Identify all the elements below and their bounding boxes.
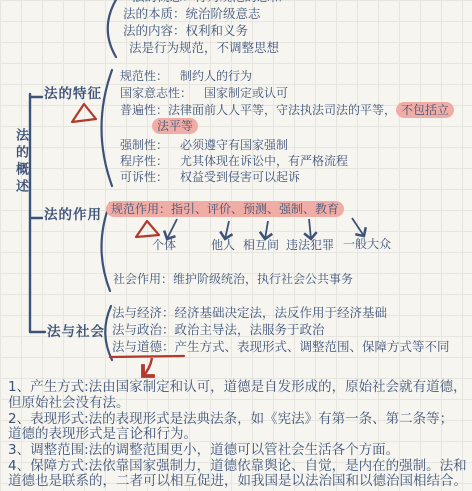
relation-value: 经济基础决定法，法反作用于经济基础 <box>175 305 388 320</box>
feature-label: 可诉性： <box>120 170 168 184</box>
arrow-to-mutual <box>265 221 268 239</box>
brace-top-group <box>108 0 117 57</box>
line-law-norm: 法是行为规范，不调整思想 <box>129 41 279 55</box>
red-arrow-to-notes <box>143 358 152 376</box>
trunk-line <box>30 94 45 332</box>
arrow-to-crime <box>309 219 311 239</box>
feature-normativity: 规范性：制约人的行为 <box>120 70 252 84</box>
relation-label: 法与道德： <box>112 339 175 354</box>
target-individual: 个体 <box>152 239 176 253</box>
feature-label: 普遍性： <box>120 103 168 117</box>
normative-label: 规范作用： <box>111 202 171 216</box>
feature-coercion: 强制性：必须遵守有国家强制 <box>120 139 288 153</box>
line-law-content: 法的内容：权利和义务 <box>123 24 248 38</box>
highlight-legislative-equality: 法平等 <box>152 118 198 134</box>
social-function-line: 社会作用：维护阶级统治，执行社会公共事务 <box>113 273 353 287</box>
line-law-essence: 法的本质：统治阶级意志 <box>123 7 261 21</box>
feature-label: 强制性： <box>120 138 168 152</box>
note-line-4: 道德的表现形式是言论和行为。 <box>8 427 197 443</box>
brace-society <box>105 306 112 360</box>
target-mutual: 相互间 <box>243 239 279 253</box>
relation-law-economy: 法与经济：经济基础决定法，法反作用于经济基础 <box>112 306 387 320</box>
feature-justiciability: 可诉性：权益受到侵害可以起诉 <box>120 171 300 185</box>
feature-universality: 普遍性：法律面前人人平等，守法执法司法的平等，不包括立 <box>120 104 454 118</box>
normative-value: 指引、评价、预测、强制、教育 <box>171 202 339 216</box>
notebook-page: 法的概述 法的概念：行为规范的总和 法的本质：统治阶级意志 法的内容：权利和义务… <box>0 0 472 491</box>
normative-function-line: 规范作用：指引、评价、预测、强制、教育 <box>106 203 344 217</box>
feature-value: 尤其体现在诉讼中，有严格流程 <box>180 154 348 168</box>
red-underline-morality <box>110 356 184 357</box>
red-triangle-features <box>72 104 96 122</box>
feature-value: 国家制定或认可 <box>204 86 288 100</box>
highlight-normative-functions: 规范作用：指引、评价、预测、强制、教育 <box>106 201 344 217</box>
feature-value: 法律面前人人平等，守法执法司法的平等， <box>168 103 396 117</box>
red-triangle-normative <box>136 221 159 237</box>
feature-state-will: 国家意志性：国家制定或认可 <box>120 87 288 101</box>
feature-label: 国家意志性： <box>120 86 192 100</box>
feature-universality-wrap: 法平等 <box>152 120 198 134</box>
root-label-law-overview: 法的概述 <box>12 128 27 196</box>
feature-value: 权益受到侵害可以起诉 <box>180 170 300 184</box>
target-crime: 违法犯罪 <box>286 239 334 253</box>
feature-procedure: 程序性：尤其体现在诉讼中，有严格流程 <box>120 155 348 169</box>
feature-value: 必须遵守有国家强制 <box>180 138 288 152</box>
relation-law-politics: 法与政治：政治主导法，法服务于政治 <box>112 323 325 337</box>
branch-law-functions: 法的作用 <box>44 208 102 224</box>
note-line-1: 1、产生方式:法由国家制定和认可，道德是自发形成的，原始社会就有道德， <box>8 380 467 396</box>
relation-law-morality: 法与道德：产生方式、表现形式、调整范围、保障方式等不同 <box>112 340 450 354</box>
arrow-to-public <box>352 218 364 236</box>
feature-value: 制约人的行为 <box>180 69 252 83</box>
feature-label: 规范性： <box>120 69 168 83</box>
arrow-to-individual <box>167 219 177 239</box>
arrow-to-others <box>225 221 229 239</box>
relation-value: 政治主导法，法服务于政治 <box>175 322 325 337</box>
branch-law-society: 法与社会 <box>47 325 105 341</box>
highlight-not-legislation: 不包括立 <box>396 102 454 118</box>
relation-label: 法与政治： <box>112 322 175 337</box>
target-others: 他人 <box>211 239 235 253</box>
social-value: 维护阶级统治，执行社会公共事务 <box>173 272 353 286</box>
branch-law-features: 法的特征 <box>44 87 102 103</box>
note-line-2: 但原始社会没有法。 <box>8 396 130 412</box>
social-label: 社会作用： <box>113 272 173 286</box>
feature-label: 程序性： <box>120 154 168 168</box>
relation-label: 法与经济： <box>112 305 175 320</box>
relation-value: 产生方式、表现形式、调整范围、保障方式等不同 <box>175 339 450 354</box>
brace-features <box>102 70 113 186</box>
top-clipped-line: 法的概念：行为规范的总和 <box>132 0 282 4</box>
note-line-7: 道德也是联系的，二者可以相互促进，如我国是以法治国和以德治国相结合。 <box>8 474 467 490</box>
note-line-5: 3、调整范围:法的调整范围更小，道德可以管社会生活各个方面。 <box>8 443 399 459</box>
target-public: 一般大众 <box>343 238 391 252</box>
